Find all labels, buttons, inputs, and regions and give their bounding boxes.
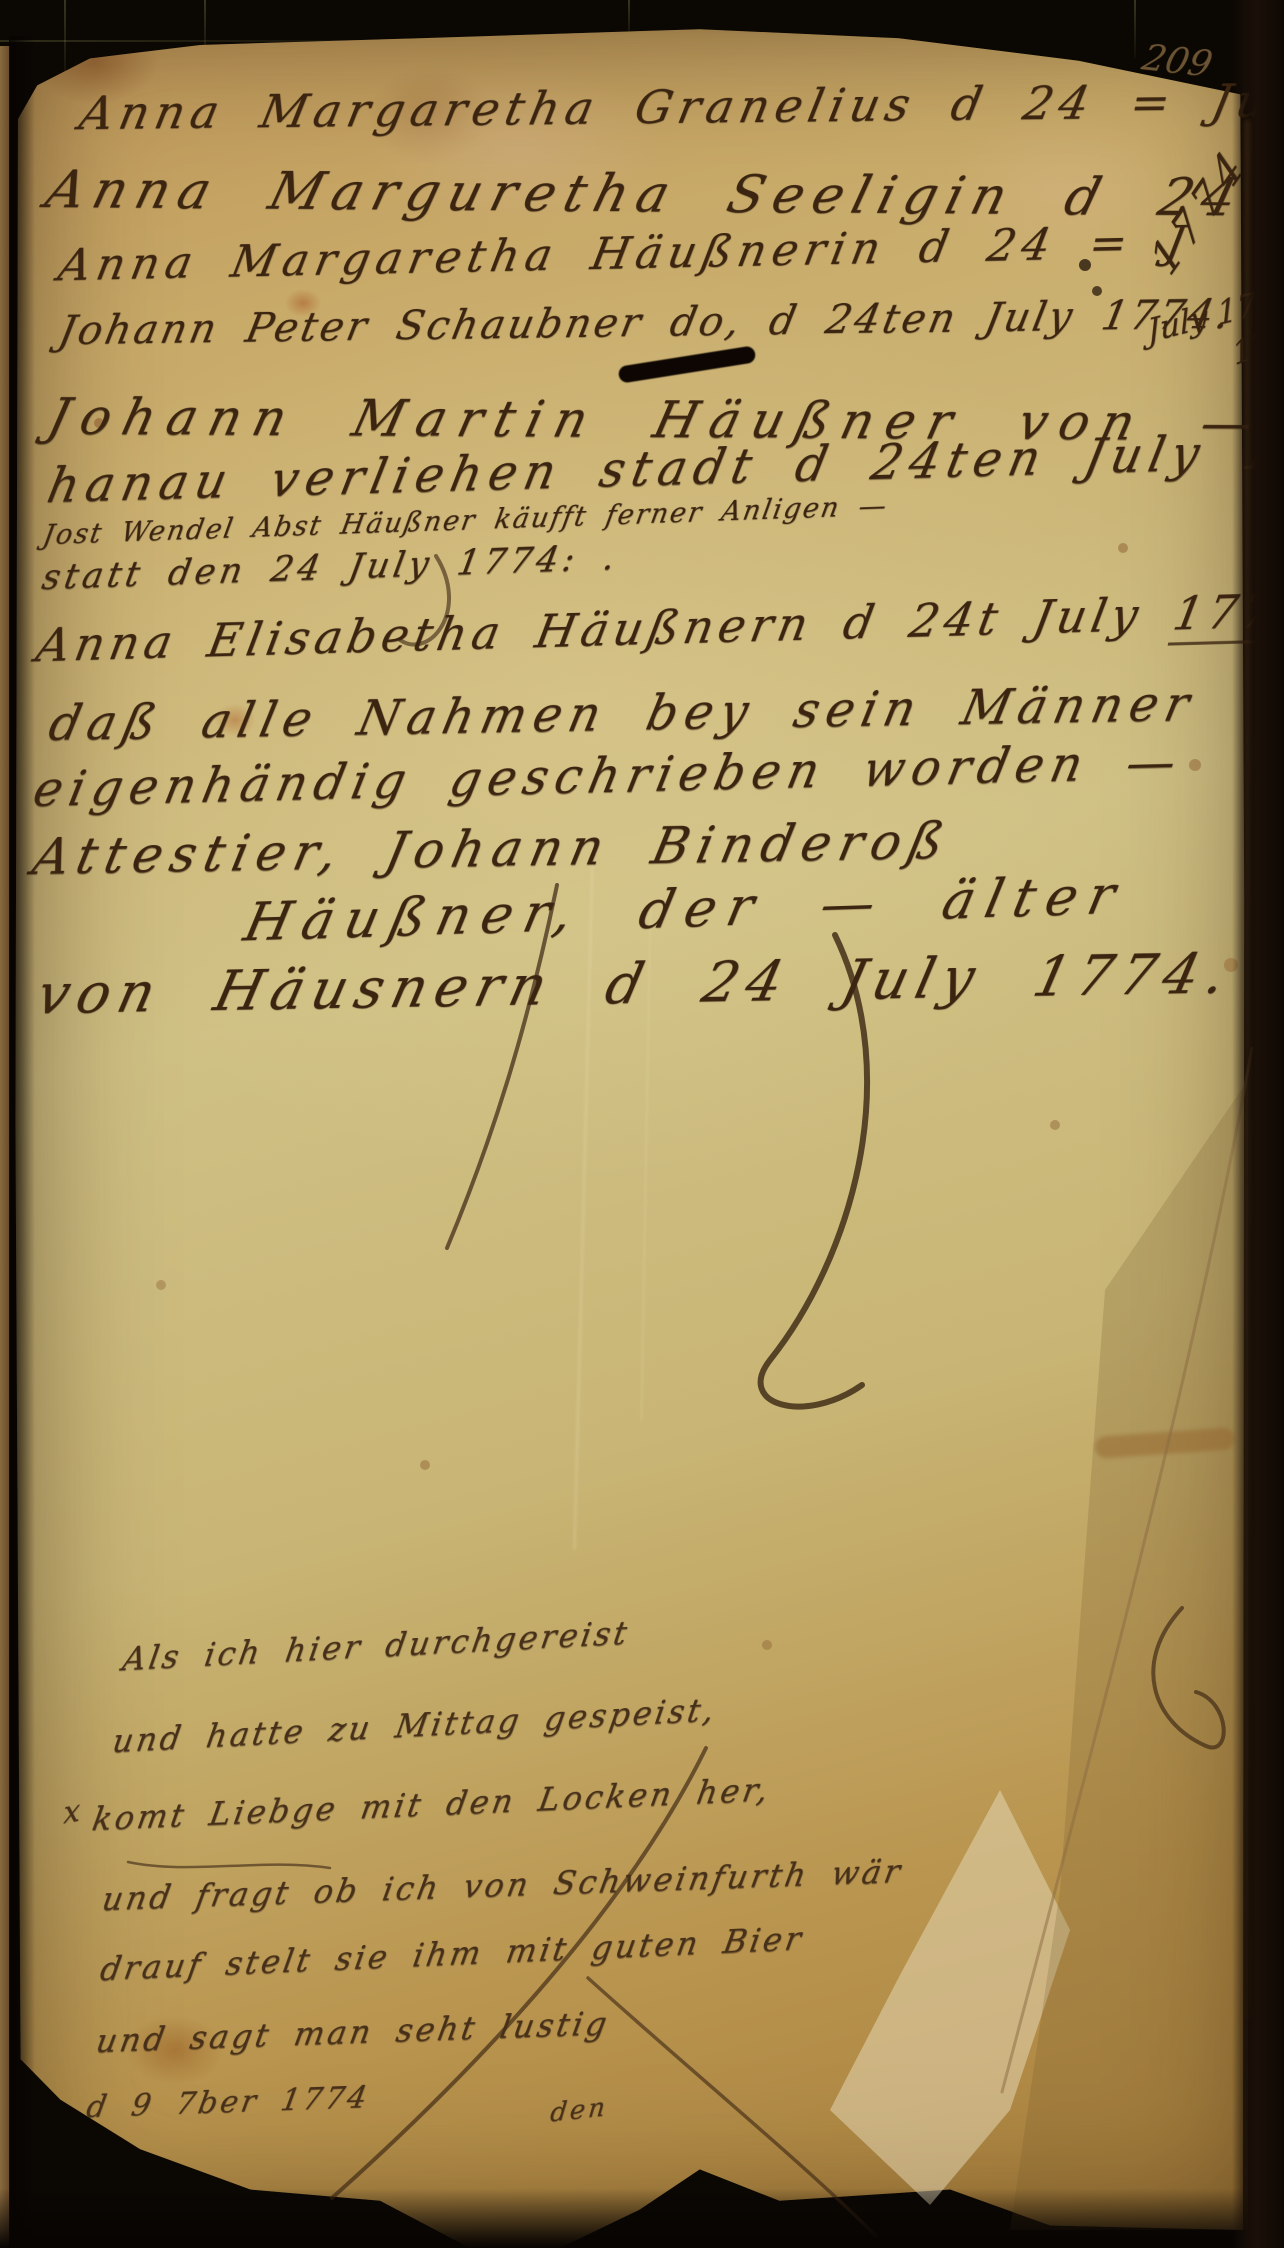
bottom-shadow (0, 2188, 1284, 2248)
tile-grout-line (1134, 0, 1136, 58)
book-cover-highlight (1244, 120, 1250, 2020)
foxing-spots (0, 0, 6, 6)
book-cover-edge (1232, 0, 1284, 2248)
verse-check-mark: x (63, 1793, 84, 1832)
verse-word-den: den (549, 2092, 610, 2129)
manuscript-photo: 209 Anna Margaretha Granelius d 24 = Jul… (0, 0, 1284, 2248)
gutter-shadow (9, 36, 35, 2248)
